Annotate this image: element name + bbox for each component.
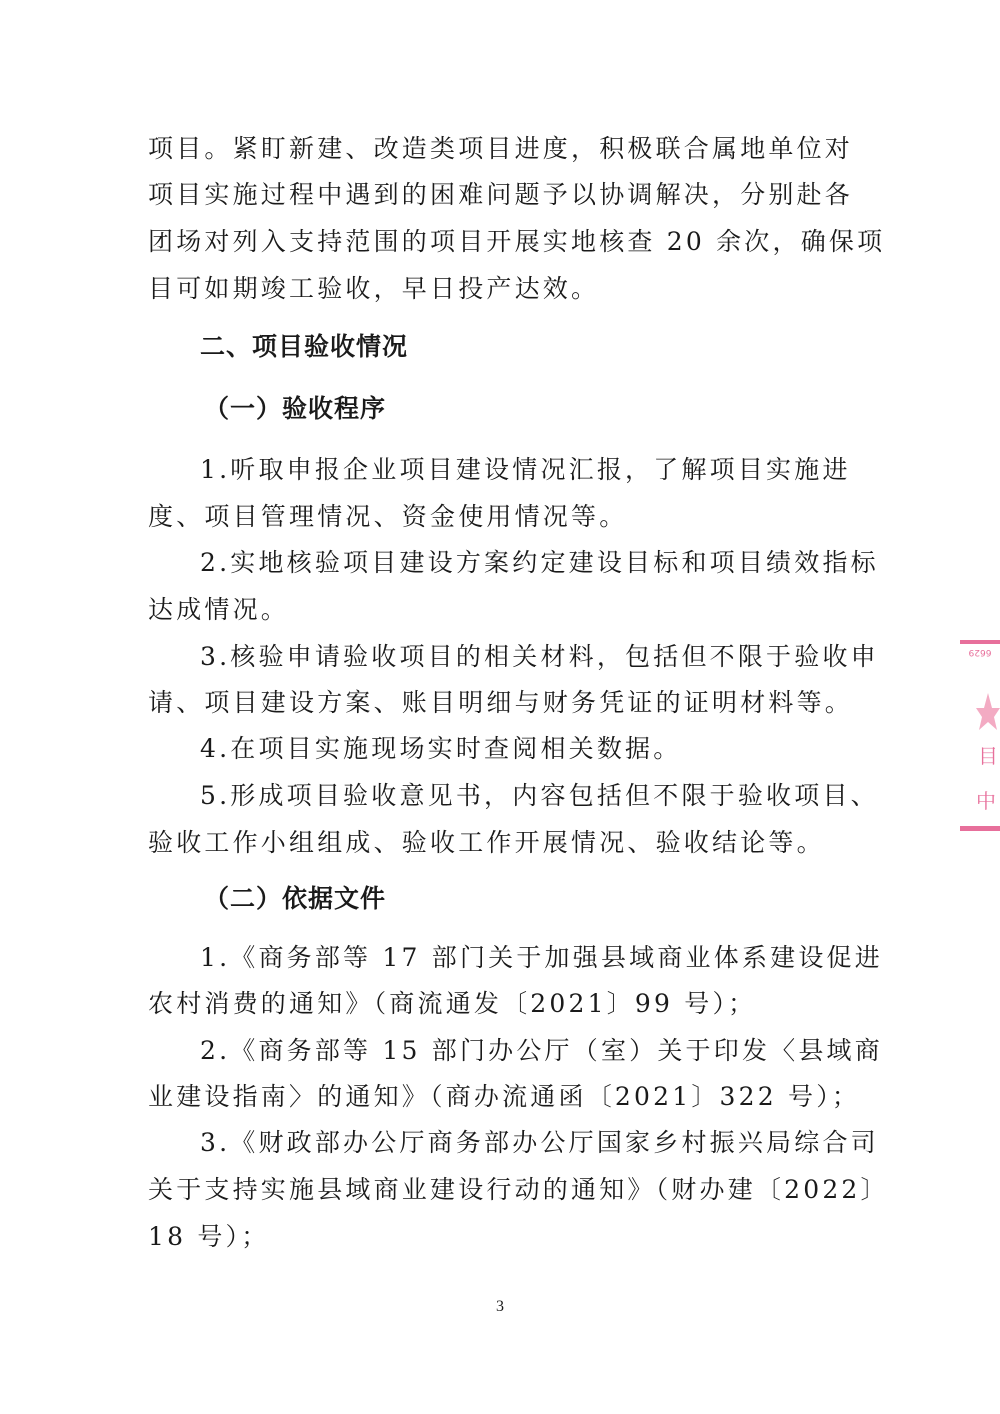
procedure-item-1-line-1: 1.听取申报企业项目建设情况汇报，了解项目实施进 <box>200 455 851 485</box>
intro-line-4: 目可如期竣工验收，早日投产达效。 <box>148 274 599 304</box>
svg-text:6629: 6629 <box>968 647 991 657</box>
procedure-item-5-line-1: 5.形成项目验收意见书，内容包括但不限于验收项目、 <box>200 781 879 811</box>
seal-star-icon: 6629 目 中 <box>952 638 1000 838</box>
procedure-item-3-line-2: 请、项目建设方案、账目明细与财务凭证的证明材料等。 <box>148 688 853 718</box>
reference-item-3-line-3: 18 号）； <box>148 1222 269 1252</box>
procedure-item-3-line-1: 3.核验申请验收项目的相关材料，包括但不限于验收申 <box>200 642 879 672</box>
page-number: 3 <box>0 1298 1000 1316</box>
document-page: 项目。紧盯新建、改造类项目进度，积极联合属地单位对 项目实施过程中遇到的困难问题… <box>0 0 1000 1414</box>
procedure-item-4-line-1: 4.在项目实施现场实时查阅相关数据。 <box>200 734 681 764</box>
subsection-heading-reference-docs: （二）依据文件 <box>204 884 386 914</box>
reference-item-2-line-2: 业建设指南〉的通知》（商办流通函〔2021〕322 号）； <box>148 1082 860 1112</box>
reference-item-2-line-1: 2.《商务部等 15 部门办公厅（室）关于印发〈县域商 <box>200 1036 883 1066</box>
svg-text:目: 目 <box>978 744 998 768</box>
reference-item-3-line-1: 3.《财政部办公厅商务部办公厅国家乡村振兴局综合司 <box>200 1128 879 1158</box>
procedure-item-1-line-2: 度、项目管理情况、资金使用情况等。 <box>148 502 627 532</box>
intro-line-3: 团场对列入支持范围的项目开展实地核查 20 余次，确保项 <box>148 227 885 257</box>
procedure-item-2-line-1: 2.实地核验项目建设方案约定建设目标和项目绩效指标 <box>200 548 879 578</box>
procedure-item-5-line-2: 验收工作小组组成、验收工作开展情况、验收结论等。 <box>148 828 825 858</box>
subsection-heading-procedure: （一）验收程序 <box>204 394 386 424</box>
reference-item-3-line-2: 关于支持实施县域商业建设行动的通知》（财办建〔2022〕 <box>148 1175 889 1205</box>
reference-item-1-line-1: 1.《商务部等 17 部门关于加强县域商业体系建设促进 <box>200 943 883 973</box>
section-heading: 二、项目验收情况 <box>200 332 408 362</box>
intro-line-1: 项目。紧盯新建、改造类项目进度，积极联合属地单位对 <box>148 134 853 164</box>
procedure-item-2-line-2: 达成情况。 <box>148 595 289 625</box>
intro-line-2: 项目实施过程中遇到的困难问题予以协调解决，分别赴各 <box>148 180 853 210</box>
seal-stamp-fragment: 6629 目 中 <box>952 638 1000 838</box>
svg-text:中: 中 <box>976 789 996 813</box>
reference-item-1-line-2: 农村消费的通知》（商流通发〔2021〕99 号）； <box>148 989 756 1019</box>
